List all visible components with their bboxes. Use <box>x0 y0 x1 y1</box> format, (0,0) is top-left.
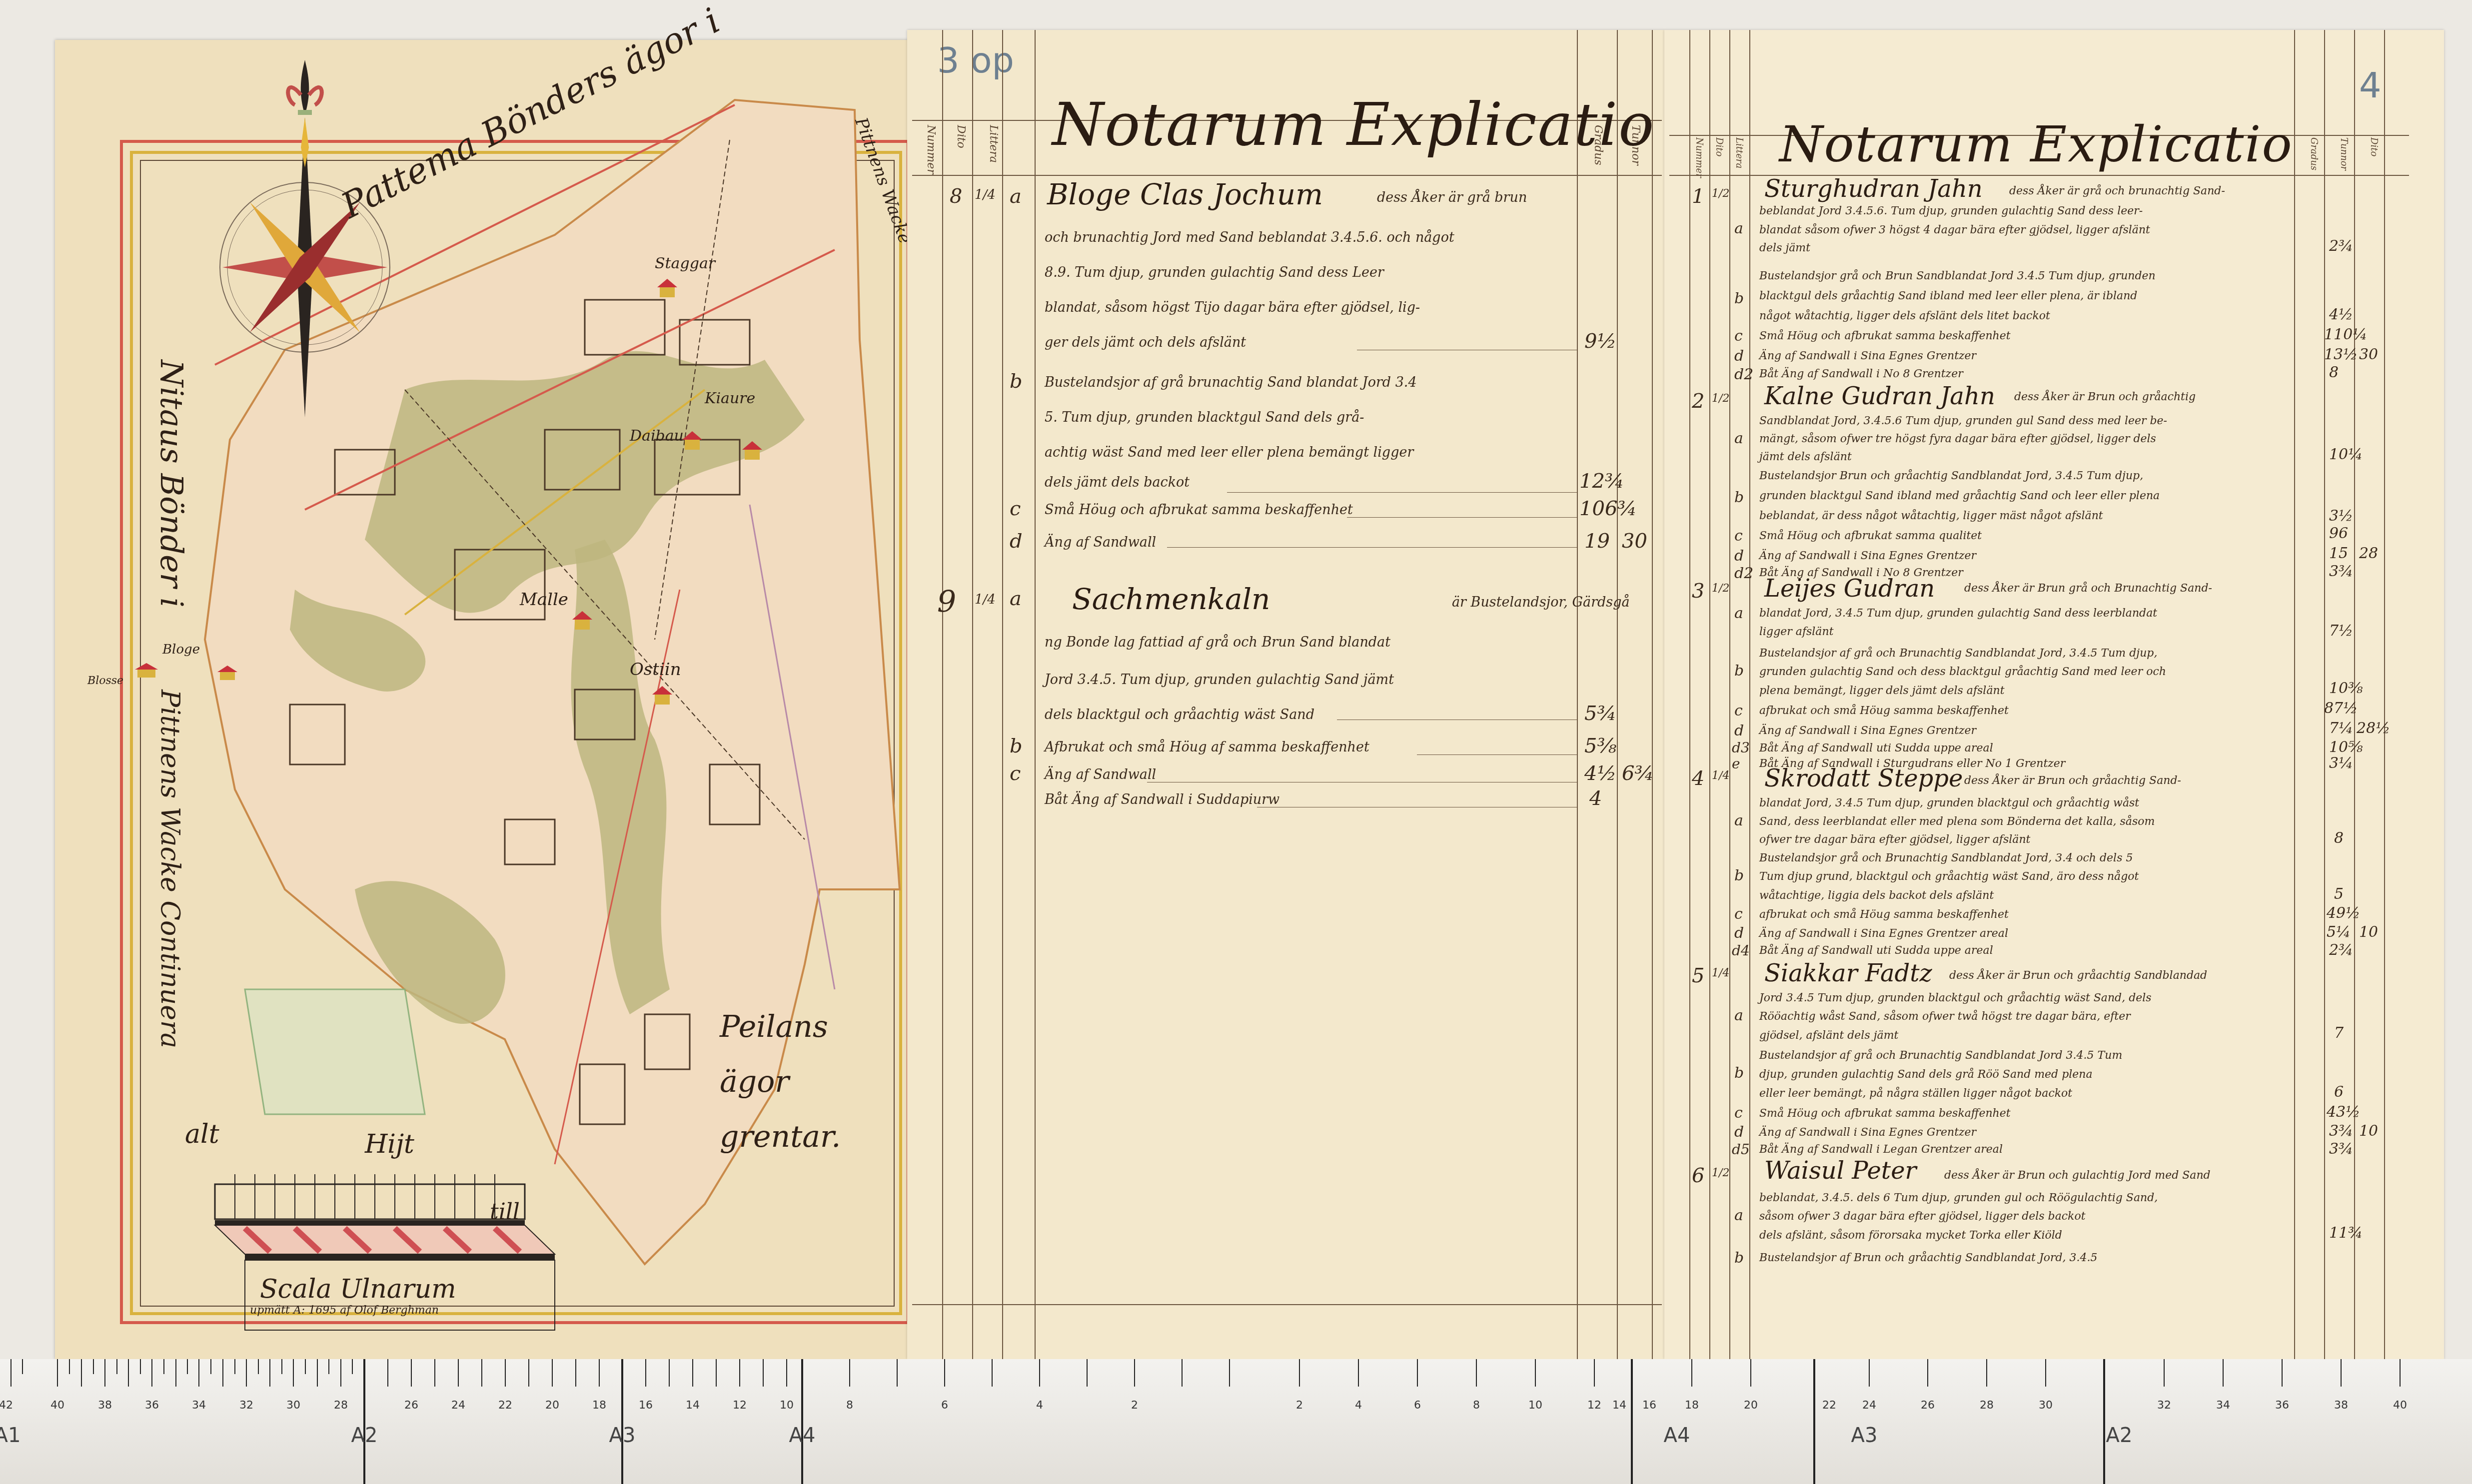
entry-text: eller leer bemängt, på några ställen lig… <box>1759 1087 2072 1100</box>
entry-letter: d <box>1734 722 1744 740</box>
ruler-format-label: A2 <box>2106 1424 2133 1447</box>
entry-value: 11¾ <box>2329 1224 2363 1242</box>
entry-text: mängt, såsom ofwer tre högst fyra dagar … <box>1759 433 2156 445</box>
ruler-number: 26 <box>404 1399 418 1412</box>
entry-number: 2 <box>1692 390 1704 413</box>
entry-letter: b <box>1010 370 1023 393</box>
entry-text: Bustelandsjor Brun och gråachtig Sandbla… <box>1759 470 2143 482</box>
col-header-tunnor: Tunnor <box>2339 137 2349 170</box>
ruler-number: 38 <box>2334 1399 2348 1412</box>
entry-letter: c <box>1734 327 1743 345</box>
entry-value: 2¾ <box>2329 941 2353 959</box>
entry-value: 4½ <box>2329 306 2353 323</box>
entry-text: Båt Äng af Sandwall uti Sudda uppe areal <box>1759 742 1993 754</box>
entry-value: 106¾ <box>1579 497 1637 520</box>
entry-text: Äng af Sandwall <box>1045 535 1156 550</box>
entry-letter: d <box>1734 924 1744 942</box>
entry-text: Äng af Sandwall i Sina Egnes Grentzer <box>1759 1126 1976 1139</box>
entry-text: plena bemängt, ligger dels jämt dels afs… <box>1759 685 2005 697</box>
ruler-number: 18 <box>592 1399 606 1412</box>
entry-letter: c <box>1734 1104 1743 1122</box>
page-title: Notarum Explicatio <box>1779 115 2293 173</box>
entry-value: 3¾ <box>2329 1140 2353 1158</box>
entry-total: 30 <box>2359 346 2378 363</box>
entry-value: 2¾ <box>2329 237 2353 255</box>
entry-text: grunden blacktgul Sand ibland med gråach… <box>1759 490 2160 502</box>
entry-text: Båt Äng af Sandwall i Legan Grentzer are… <box>1759 1143 2003 1156</box>
map-label-west-continued: Pittnens Wacke Continuera <box>155 690 185 1048</box>
entry-value: 10⅝ <box>2329 739 2363 756</box>
ruler-number: 20 <box>1744 1399 1758 1412</box>
entry-name: Bloge Clas Jochum <box>1047 177 1323 211</box>
entry-number: 3 <box>1692 580 1704 603</box>
meadow-area <box>245 989 425 1114</box>
entry-text: Sandblandat Jord, 3.4.5.6 Tum djup, grun… <box>1759 415 2167 427</box>
entry-text: blandat, såsom högst Tijo dagar bära eft… <box>1045 300 1420 315</box>
entry-total: 28½ <box>2357 720 2390 737</box>
farm-label-daibau: Daibau <box>630 427 684 445</box>
ruler-number: 32 <box>2157 1399 2171 1412</box>
entry-text: beblandat, 3.4.5. dels 6 Tum djup, grund… <box>1759 1192 2158 1204</box>
entry-text: Äng af Sandwall i Sina Egnes Grentzer <box>1759 350 1976 362</box>
entry-text: ligger afslänt <box>1759 626 1833 638</box>
entry-text: såsom ofwer 3 dagar bära efter gjödsel, … <box>1759 1210 2086 1223</box>
entry-text: Bustelandsjor af Brun och gråachtig Sand… <box>1759 1252 2098 1264</box>
entry-number: 1 <box>1692 185 1704 208</box>
entry-text: wåtachtige, liggia dels backot dels afsl… <box>1759 889 1994 902</box>
entry-value: 7½ <box>2329 622 2353 640</box>
entry-text: Bustelandsjor grå och Brun Sandblandat J… <box>1759 270 2156 282</box>
col-header-dito: Dito <box>955 125 967 148</box>
entry-letter: c <box>1734 702 1743 720</box>
entry-text: dess Åker är Brun grå och Brunachtig San… <box>1964 582 2212 595</box>
farm-label-kiaure: Kiaure <box>705 390 755 407</box>
ruler-number: 18 <box>1685 1399 1699 1412</box>
entry-value: 3¼ <box>2329 754 2353 772</box>
entry-name: Waisul Peter <box>1764 1157 1916 1185</box>
ruler-number: 10 <box>1528 1399 1542 1412</box>
map-sheet: Pattema Bönders ägor i Pittnens Wacke Ni… <box>55 40 910 1359</box>
entry-text: Små Höug och afbrukat samma beskaffenhet <box>1759 1107 2011 1120</box>
entry-text: Bustelandsjor af grå brunachtig Sand bla… <box>1045 375 1417 390</box>
farm-label-ostiin: Ostiin <box>630 660 681 680</box>
entry-value: 7 <box>2334 1024 2344 1042</box>
entry-text: något wåtachtig, ligger dels afslänt del… <box>1759 310 2050 322</box>
entry-text: Rööachtig wåst Sand, såsom ofwer twå hög… <box>1759 1010 2131 1023</box>
scale-bar-subtitle: upmätt A: 1695 af Olof Berghman <box>250 1304 439 1317</box>
ruler-format-label: A4 <box>789 1424 816 1447</box>
entry-text: achtig wäst Sand med leer eller plena be… <box>1045 445 1413 460</box>
ruler-number: 4 <box>1355 1399 1362 1412</box>
entry-letter: c <box>1010 497 1021 520</box>
entry-value: 43½ <box>2327 1103 2360 1121</box>
entry-text: beblandat Jord 3.4.5.6. Tum djup, grunde… <box>1759 205 2143 217</box>
entry-total: 30 <box>1622 530 1647 553</box>
entry-letter: b <box>1734 1064 1744 1082</box>
entry-text: afbrukat och små Höug samma beskaffenhet <box>1759 705 2009 717</box>
entry-letter: a <box>1010 185 1022 208</box>
entry-text: Båt Äng af Sandwall i No 8 Grentzer <box>1759 368 1963 380</box>
entry-letter: c <box>1734 905 1743 923</box>
entry-text: blandat såsom ofwer 3 högst 4 dagar bära… <box>1759 224 2150 236</box>
entry-text: Små Höug och afbrukat samma beskaffenhet <box>1045 502 1353 518</box>
entry-text: Små Höug och afbrukat samma beskaffenhet <box>1759 330 2011 342</box>
entry-text: blandat Jord, 3.4.5 Tum djup, grunden bl… <box>1759 797 2139 809</box>
farm-label-bloge-outer: Blosse <box>87 675 123 687</box>
ruler-number: 14 <box>1612 1399 1626 1412</box>
entry-text: jämt dels afslänt <box>1759 451 1852 463</box>
ruler-number: 34 <box>2216 1399 2230 1412</box>
entry-text: Bustelandsjor grå och Brunachtig Sandbla… <box>1759 852 2133 864</box>
entry-text: Bustelandsjor af grå och Brunachtig Sand… <box>1759 647 2157 660</box>
entry-name: Siakkar Fadtz <box>1764 959 1932 987</box>
entry-value: 10¼ <box>2329 446 2363 463</box>
farm-label-staggar: Staggar <box>655 255 715 272</box>
entry-text: dess Åker är grå brun <box>1377 190 1527 205</box>
entry-text: blandat Jord, 3.4.5 Tum djup, grunden gu… <box>1759 607 2157 620</box>
ruler-number: 34 <box>192 1399 206 1412</box>
entry-text: Jord 3.4.5 Tum djup, grunden blacktgul o… <box>1759 992 2152 1004</box>
entry-text: dels blacktgul och gråachtig wäst Sand <box>1045 707 1314 723</box>
entry-text: dess Åker är grå och brunachtig Sand- <box>2009 185 2225 197</box>
entry-value: 15 <box>2329 545 2348 562</box>
entry-letter: a <box>1734 1207 1743 1224</box>
entry-fraction: 1/2 <box>1712 187 1729 200</box>
entry-fraction: 1/4 <box>975 592 996 607</box>
pencil-page-number: 4 <box>2359 65 2382 106</box>
entry-value: 5⅜ <box>1584 735 1616 757</box>
ruler-number: 42 <box>0 1399 13 1412</box>
entry-letter: b <box>1734 290 1744 307</box>
entry-letter: e <box>1732 755 1740 772</box>
entry-text: dels jämt dels backot <box>1045 475 1190 490</box>
ruler-number: 10 <box>780 1399 794 1412</box>
ruler-format-label: A3 <box>609 1424 636 1447</box>
ruler-number: 4 <box>1036 1399 1043 1412</box>
entry-number: 5 <box>1692 964 1704 987</box>
ruler-number: 2 <box>1131 1399 1138 1412</box>
measurement-ruler: 42 40 38 36 34 32 30 28 26 24 22 20 18 1… <box>0 1359 2472 1484</box>
entry-letter: a <box>1734 220 1743 237</box>
entry-letter: d <box>1734 547 1744 565</box>
entry-letter: b <box>1734 489 1744 506</box>
ruler-ticks <box>0 1359 2472 1484</box>
entry-value: 8 <box>2329 364 2339 381</box>
entry-total: 6¾ <box>1622 762 1654 785</box>
entry-text: afbrukat och små Höug samma beskaffenhet <box>1759 908 2009 921</box>
entry-text: ofwer tre dagar bära efter gjödsel, ligg… <box>1759 833 2030 846</box>
map-label-east-owner: Peilans ägor grentar. <box>720 999 860 1164</box>
entry-letter: a <box>1010 587 1022 610</box>
notarum-page-right: 4 Nummer Dito Littera Gradus Tunnor Dito… <box>1664 30 2444 1359</box>
entry-value: 3½ <box>2329 507 2353 525</box>
entry-text: Afbrukat och små Höug af samma beskaffen… <box>1045 740 1369 755</box>
map-label-south-1: alt <box>185 1119 219 1149</box>
entry-text: dels afslänt, såsom förorsaka mycket Tor… <box>1759 1229 2062 1242</box>
entry-letter: b <box>1010 735 1023 757</box>
ruler-format-label: A2 <box>351 1424 378 1447</box>
entry-letter: a <box>1734 812 1743 829</box>
entry-letter: d3 <box>1732 740 1750 756</box>
entry-fraction: 1/4 <box>1712 967 1729 979</box>
entry-letter: b <box>1734 1249 1744 1267</box>
entry-value: 3¾ <box>2329 563 2353 580</box>
entry-value: 10⅜ <box>2329 680 2363 697</box>
entry-letter: d4 <box>1732 942 1750 959</box>
ruler-number: 36 <box>145 1399 159 1412</box>
entry-value: 12¾ <box>1579 470 1624 493</box>
entry-name: Leijes Gudran <box>1764 575 1935 603</box>
entry-fraction: 1/2 <box>1712 392 1729 405</box>
map-label-west-owner: Nitaus Bönder i <box>153 360 190 608</box>
entry-letter: a <box>1734 605 1743 622</box>
col-header-dito-2: Dito <box>2369 137 2379 156</box>
entry-value: 5¾ <box>1584 702 1616 725</box>
entry-number: 4 <box>1692 767 1704 790</box>
ruler-number: 24 <box>1862 1399 1876 1412</box>
entry-total: 10 <box>2359 923 2378 941</box>
entry-text: och brunachtig Jord med Sand beblandat 3… <box>1045 230 1454 245</box>
entry-name: Skrodatt Steppe <box>1764 764 1963 792</box>
entry-letter: b <box>1734 867 1744 884</box>
entry-name: Sachmenkaln <box>1072 582 1270 616</box>
col-header-littera: Littera <box>987 125 1000 163</box>
entry-fraction: 1/2 <box>1712 1167 1729 1179</box>
entry-value: 3¾ <box>2329 1122 2353 1140</box>
ruler-format-label: A3 <box>1851 1424 1878 1447</box>
entry-fraction: 1/4 <box>975 187 996 202</box>
ruler-number: 8 <box>1473 1399 1480 1412</box>
entry-value: 19 <box>1584 530 1610 553</box>
ruler-number: 16 <box>639 1399 653 1412</box>
entry-letter: b <box>1734 662 1744 680</box>
col-header-gradus: Gradus <box>2309 137 2319 170</box>
ruler-number: 28 <box>1980 1399 1994 1412</box>
ruler-number: 40 <box>50 1399 64 1412</box>
ruler-number: 26 <box>1921 1399 1935 1412</box>
entry-value: 49½ <box>2327 904 2360 922</box>
entry-text: dess Åker är Brun och gråachtig Sand- <box>1964 774 2181 787</box>
entry-text: 8.9. Tum djup, grunden gulachtig Sand de… <box>1045 265 1384 280</box>
entry-number: 8 <box>950 185 962 208</box>
entry-text: Äng af Sandwall i Sina Egnes Grentzer <box>1759 550 1976 562</box>
ruler-number: 22 <box>498 1399 512 1412</box>
entry-letter: d2 <box>1734 366 1753 383</box>
entry-text: Äng af Sandwall i Sina Egnes Grentzer <box>1759 725 1976 737</box>
page-title: Notarum Explicatio <box>1052 90 1655 159</box>
entry-value: 5¼ <box>2327 923 2351 941</box>
scale-bar-title: Scala Ulnarum <box>260 1274 456 1304</box>
ruler-number: 8 <box>846 1399 853 1412</box>
entry-text: Äng af Sandwall i Sina Egnes Grentzer ar… <box>1759 927 2008 940</box>
entry-text: dess Åker är Brun och gulachtig Jord med… <box>1944 1169 2211 1182</box>
entry-text: dess Åker är Brun och gråachtig <box>2014 391 2196 403</box>
entry-text: gjödsel, afslänt dels jämt <box>1759 1029 1898 1042</box>
ruler-number: 6 <box>941 1399 948 1412</box>
ruler-number: 36 <box>2275 1399 2289 1412</box>
entry-text: beblandat, är dess något wåtachtig, ligg… <box>1759 510 2103 522</box>
ruler-number: 14 <box>686 1399 700 1412</box>
entry-letter: c <box>1734 527 1743 545</box>
fleur-de-lis-icon <box>288 60 322 115</box>
entry-letter: d5 <box>1732 1141 1750 1158</box>
ruler-number: 22 <box>1822 1399 1836 1412</box>
entry-value: 96 <box>2329 525 2348 542</box>
col-header-nummer: Nummer <box>925 125 937 174</box>
ruler-number: 30 <box>2039 1399 2053 1412</box>
entry-text: är Bustelandsjor, Gärdsgå <box>1452 595 1630 610</box>
entry-letter: a <box>1734 430 1743 447</box>
entry-text: ger dels jämt och dels afslänt <box>1045 335 1246 350</box>
ruler-number: 2 <box>1296 1399 1303 1412</box>
map-label-south-2: Hijt <box>365 1129 414 1159</box>
ruler-format-label: A1 <box>0 1424 20 1447</box>
entry-text: dels jämt <box>1759 242 1810 254</box>
ruler-number: 32 <box>239 1399 253 1412</box>
entry-text: ng Bonde lag fattiad af grå och Brun San… <box>1045 635 1390 650</box>
entry-letter: d <box>1734 1123 1744 1141</box>
entry-value: 13½ <box>2324 346 2358 363</box>
entry-text: djup, grunden gulachtig Sand dels grå Rö… <box>1759 1068 2093 1081</box>
entry-fraction: 1/4 <box>1712 769 1729 782</box>
entry-fraction: 1/2 <box>1712 582 1729 595</box>
ruler-number: 30 <box>286 1399 300 1412</box>
entry-value: 5 <box>2334 885 2344 903</box>
entry-text: blacktgul dels gråachtig Sand ibland med… <box>1759 290 2137 302</box>
entry-text: grunden gulachtig Sand och dess blacktgu… <box>1759 666 2166 678</box>
ruler-number: 6 <box>1414 1399 1421 1412</box>
entry-text: Små Höug och afbrukat samma qualitet <box>1759 530 1982 542</box>
entry-letter: d <box>1010 530 1023 553</box>
entry-text: Äng af Sandwall <box>1045 767 1156 782</box>
entry-total: 28 <box>2359 545 2378 562</box>
entry-text: Båt Äng af Sandwall uti Sudda uppe areal <box>1759 944 1993 957</box>
col-header-nummer: Nummer <box>1694 137 1704 178</box>
ruler-format-label: A4 <box>1664 1424 1690 1447</box>
entry-name: Kalne Gudran Jahn <box>1764 382 1995 410</box>
entry-letter: a <box>1734 1007 1743 1024</box>
entry-value: 8 <box>2334 829 2344 847</box>
entry-total: 10 <box>2359 1122 2378 1140</box>
ruler-number: 38 <box>98 1399 112 1412</box>
ruler-number: 12 <box>1587 1399 1601 1412</box>
ruler-number: 28 <box>334 1399 348 1412</box>
entry-text: Båt Äng af Sandwall i Suddapiurw <box>1045 792 1279 807</box>
entry-text: Sand, dess leerblandat eller med plena s… <box>1759 815 2155 828</box>
entry-text: Jord 3.4.5. Tum djup, grunden gulachtig … <box>1045 672 1394 688</box>
entry-letter: d <box>1734 347 1744 365</box>
entry-value: 87½ <box>2324 700 2358 717</box>
entry-value: 4½ <box>1584 762 1616 785</box>
col-header-littera: Littera <box>1734 137 1744 168</box>
ruler-number: 12 <box>733 1399 747 1412</box>
col-header-dito: Dito <box>1714 137 1724 156</box>
entry-value: 4 <box>1589 787 1602 810</box>
entry-number: 9 <box>937 585 956 620</box>
ruler-number: 40 <box>2393 1399 2407 1412</box>
entry-text: dess Åker är Brun och gråachtig Sandblan… <box>1949 969 2207 982</box>
entry-value: 9½ <box>1584 330 1616 353</box>
entry-text: Bustelandsjor af grå och Brunachtig Sand… <box>1759 1049 2122 1062</box>
entry-letter: d2 <box>1734 565 1753 582</box>
ruler-number: 20 <box>545 1399 559 1412</box>
farm-label-malle: Malle <box>520 590 568 610</box>
entry-letter: c <box>1010 762 1021 785</box>
entry-text: Tum djup grund, blacktgul och gråachtig … <box>1759 870 2139 883</box>
entry-text: 5. Tum djup, grunden blacktgul Sand dels… <box>1045 410 1364 425</box>
ruler-number: 24 <box>451 1399 465 1412</box>
farm-label-bloge: Bloge <box>162 642 200 657</box>
entry-number: 6 <box>1692 1164 1704 1187</box>
notarum-page-left: 3 op Nummer Dito Littera Gradus Tunnor N… <box>907 30 1664 1359</box>
ruler-number: 16 <box>1642 1399 1656 1412</box>
map-label-south-3: till <box>490 1199 520 1225</box>
entry-value: 110¼ <box>2324 326 2367 343</box>
entry-value: 7¼ <box>2329 720 2353 737</box>
entry-name: Sturghudran Jahn <box>1764 175 1983 203</box>
entry-value: 6 <box>2334 1083 2344 1101</box>
